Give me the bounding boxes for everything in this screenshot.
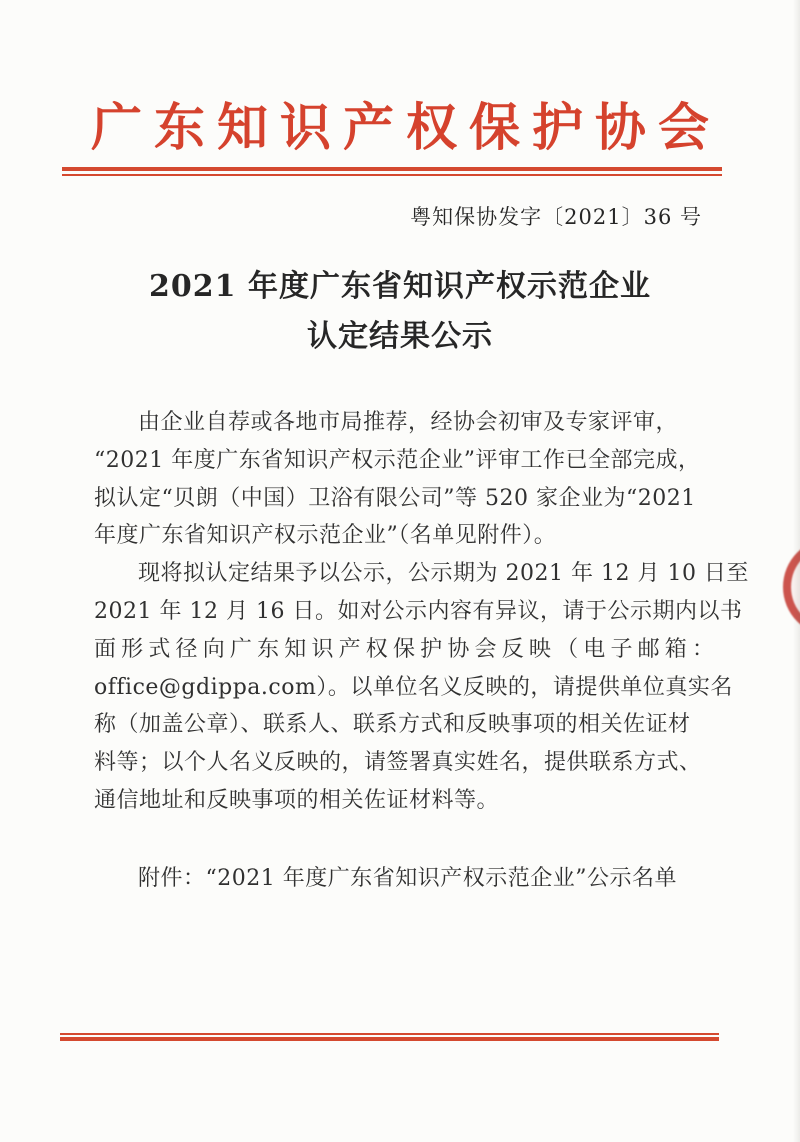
body-line: 由企业自荐或各地市局推荐，经协会初审及专家评审， xyxy=(94,404,714,442)
scan-edge-shadow xyxy=(793,0,800,1142)
body-paragraphs: 由企业自荐或各地市局推荐，经协会初审及专家评审，“2021 年度广东省知识产权示… xyxy=(94,404,714,820)
document-title: 2021 年度广东省知识产权示范企业 认定结果公示 xyxy=(0,262,800,362)
document-page: 广东知识产权保护协会 粤知保协发字〔2021〕36 号 2021 年度广东省知识… xyxy=(0,0,800,1142)
attachment-line: 附件：“2021 年度广东省知识产权示范企业”公示名单 xyxy=(94,860,734,898)
body-line: 通信地址和反映事项的相关佐证材料等。 xyxy=(94,782,714,820)
body-line: 面形式径向广东知识产权保护协会反映（电子邮箱： xyxy=(94,631,714,669)
body-line: 拟认定“贝朗（中国）卫浴有限公司”等 520 家企业为“2021 xyxy=(94,480,714,518)
document-title-line1: 2021 年度广东省知识产权示范企业 xyxy=(0,262,800,312)
doc-number: 粤知保协发字〔2021〕36 号 xyxy=(62,201,702,231)
document-title-line2: 认定结果公示 xyxy=(0,312,800,362)
body-line: 料等；以个人名义反映的，请签署真实姓名，提供联系方式、 xyxy=(94,744,714,782)
org-name-header: 广东知识产权保护协会 xyxy=(0,86,800,160)
header-double-rule xyxy=(62,167,722,176)
body-line: 称（加盖公章）、联系人、联系方式和反映事项的相关佐证材 xyxy=(94,706,714,744)
body-line: 现将拟认定结果予以公示，公示期为 2021 年 12 月 10 日至 xyxy=(94,555,714,593)
body-line: “2021 年度广东省知识产权示范企业”评审工作已全部完成， xyxy=(94,442,714,480)
paragraph: 现将拟认定结果予以公示，公示期为 2021 年 12 月 10 日至2021 年… xyxy=(94,555,714,820)
body-line: 2021 年 12 月 16 日。如对公示内容有异议，请于公示期内以书 xyxy=(94,593,714,631)
paragraph: 由企业自荐或各地市局推荐，经协会初审及专家评审，“2021 年度广东省知识产权示… xyxy=(94,404,714,555)
body-line: 年度广东省知识产权示范企业”（名单见附件）。 xyxy=(94,517,714,555)
body-line: office@gdippa.com）。以单位名义反映的，请提供单位真实名 xyxy=(94,669,714,707)
bottom-double-rule xyxy=(60,1033,719,1041)
